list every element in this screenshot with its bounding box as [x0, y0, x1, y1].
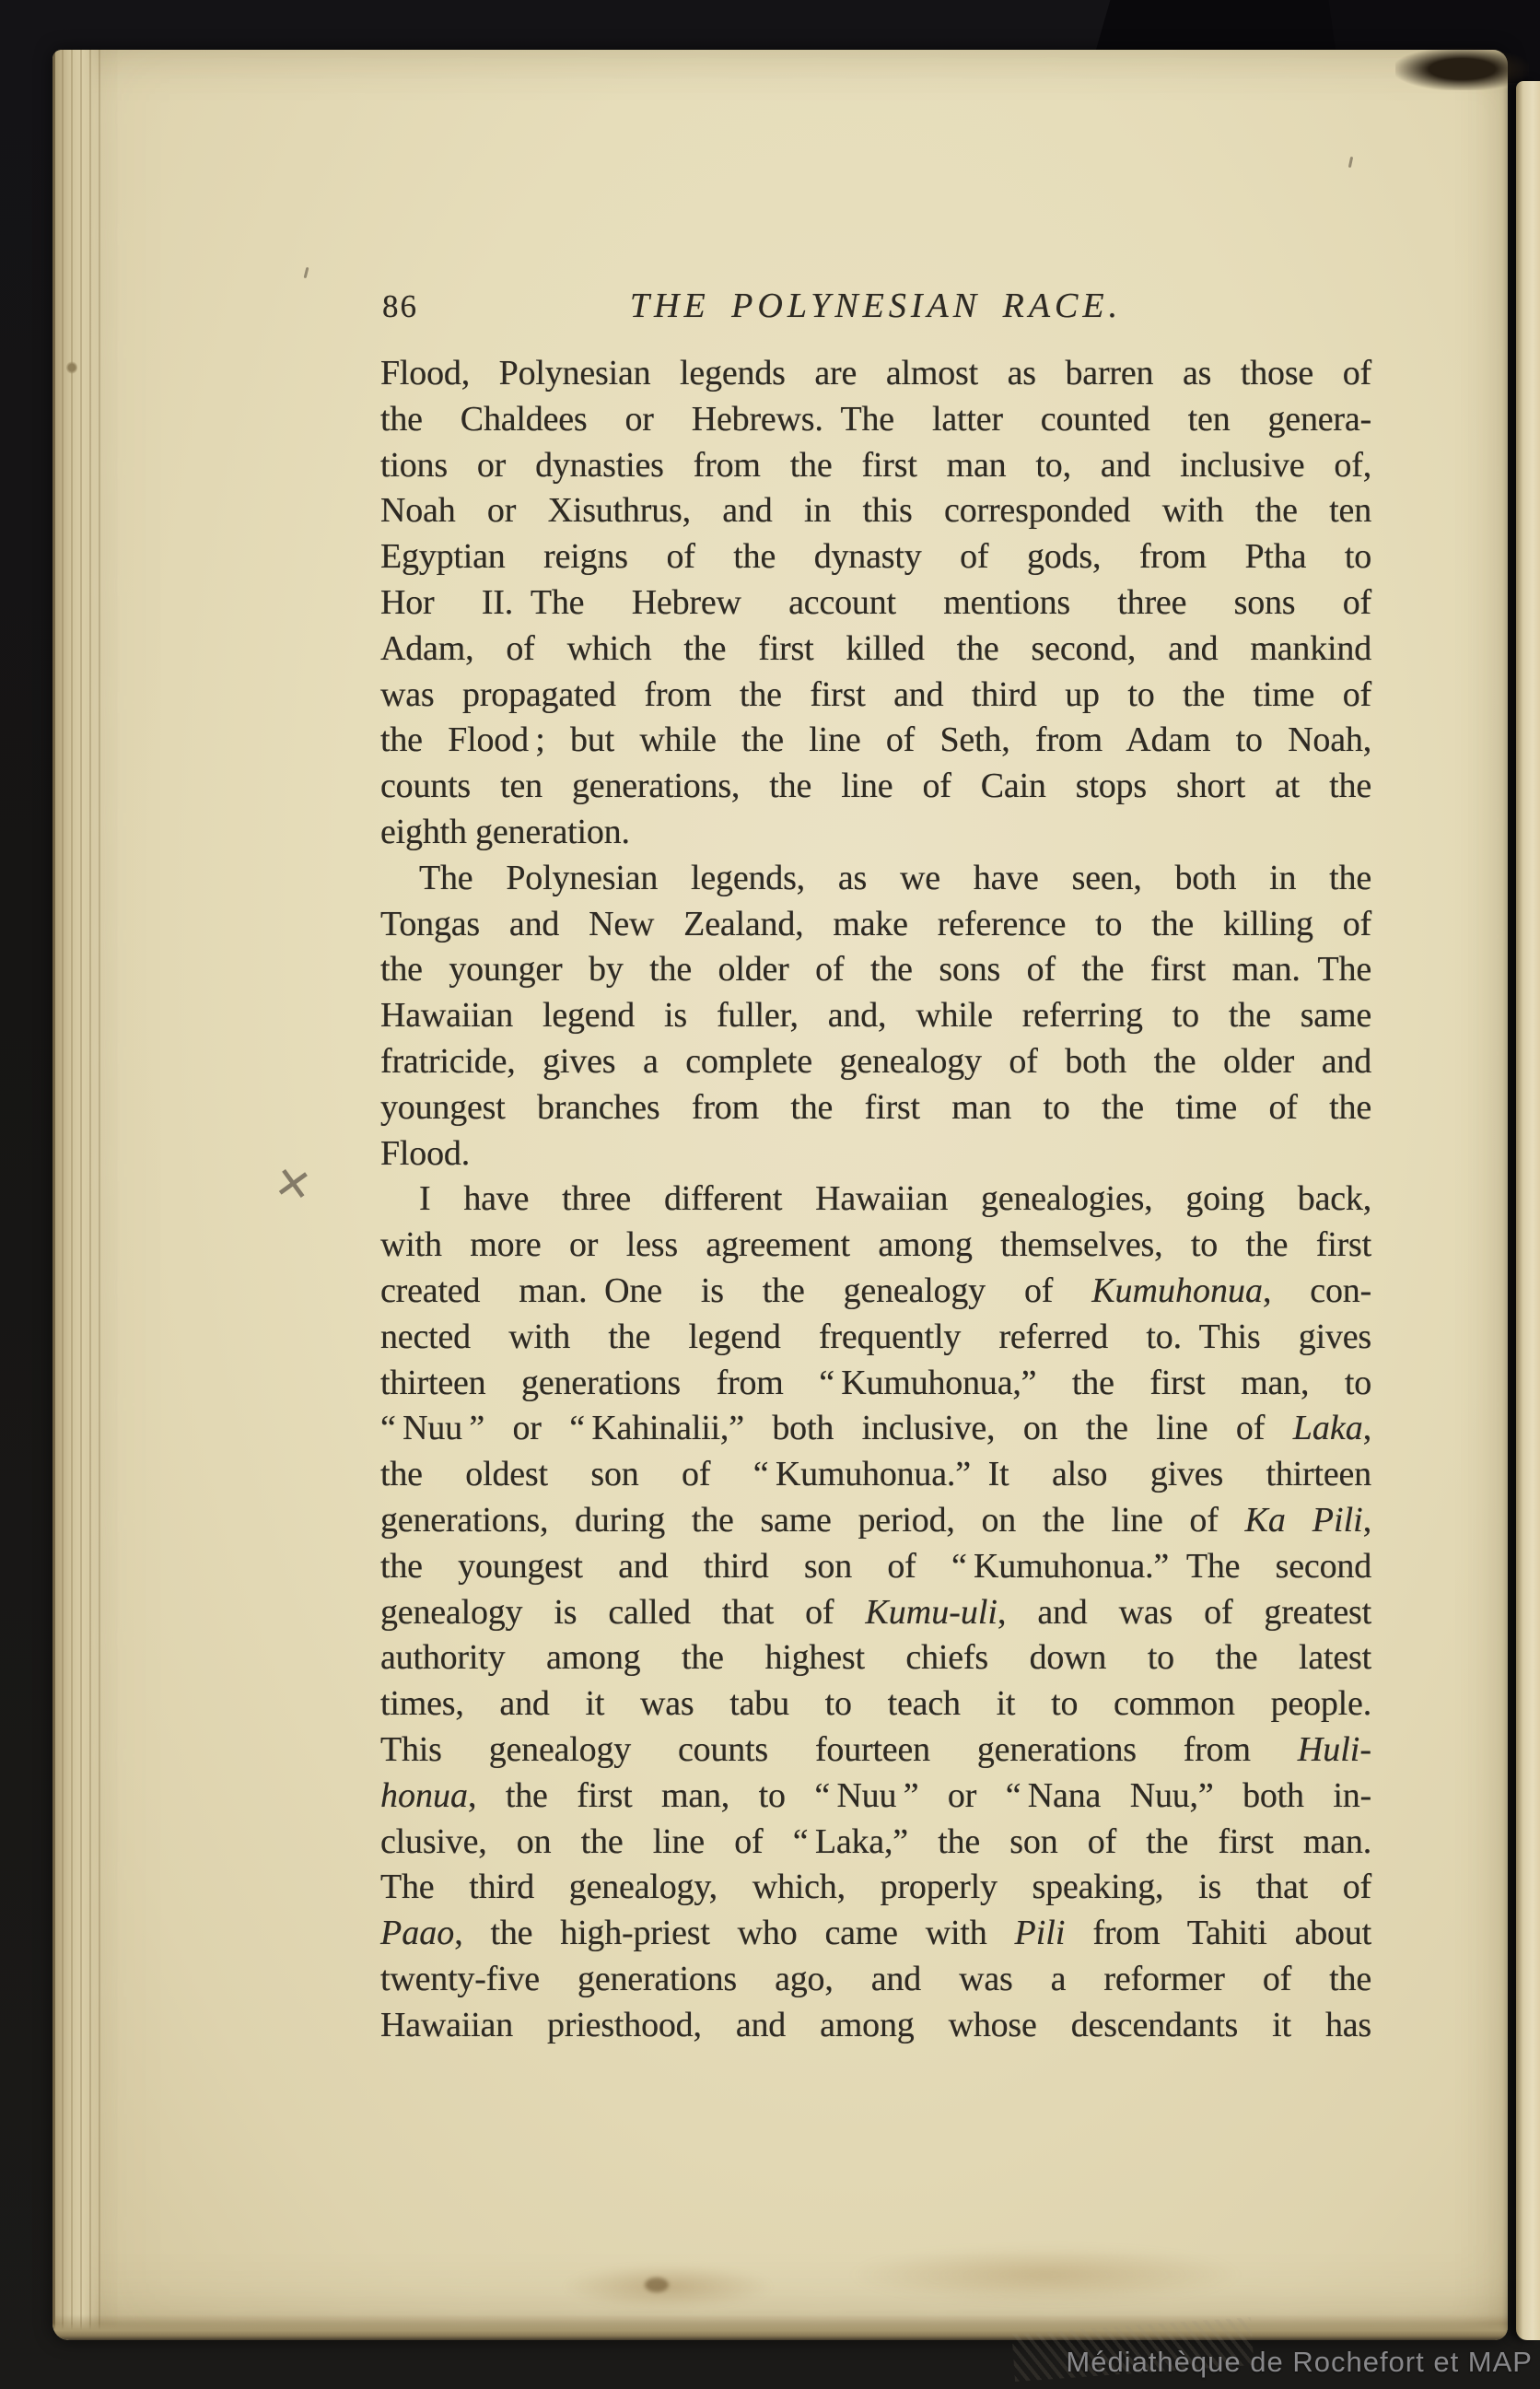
running-title: THE POLYNESIAN RACE.: [380, 287, 1371, 324]
text-line: nected with the legend frequently referr…: [380, 1315, 1371, 1361]
text-line: the younger by the older of the sons of …: [380, 947, 1371, 993]
text-line: counts ten generations, the line of Cain…: [380, 764, 1371, 810]
text-line: the Flood ; but while the line of Seth, …: [380, 718, 1371, 764]
text-line: Flood.: [380, 1131, 1371, 1177]
paper-spot: [66, 361, 77, 374]
text-line: Hawaiian legend is fuller, and, while re…: [380, 993, 1371, 1039]
text-line: The Polynesian legends, as we have seen,…: [380, 856, 1371, 902]
text-line: tions or dynasties from the first man to…: [380, 443, 1371, 489]
text-block: Flood, Polynesian legends are almost as …: [380, 351, 1371, 2048]
text-line: Hor II. The Hebrew account mentions thre…: [380, 580, 1371, 627]
text-line: This genealogy counts fourteen generatio…: [380, 1727, 1371, 1774]
text-line: thirteen generations from “ Kumuhonua,” …: [380, 1361, 1371, 1407]
paper-stain: [645, 2278, 669, 2292]
text-line: the Chaldees or Hebrews. The latter coun…: [380, 397, 1371, 443]
text-line: eighth generation.: [380, 810, 1371, 856]
text-line: Hawaiian priesthood, and among whose des…: [380, 2003, 1371, 2049]
top-right-shadow: [1395, 48, 1529, 90]
pencil-x-mark: ✕: [271, 1160, 314, 1210]
text-line: with more or less agreement among themse…: [380, 1223, 1371, 1269]
next-page-edge: [1516, 81, 1540, 2340]
text-line: I have three different Hawaiian genealog…: [380, 1177, 1371, 1223]
text-line: genealogy is called that of Kumu-uli, an…: [380, 1590, 1371, 1636]
text-line: was propagated from the first and third …: [380, 673, 1371, 719]
text-line: “ Nuu ” or “ Kahinalii,” both inclusive,…: [380, 1406, 1371, 1452]
text-line: the youngest and third son of “ Kumuhonu…: [380, 1544, 1371, 1590]
text-line: clusive, on the line of “ Laka,” the son…: [380, 1820, 1371, 1866]
text-line: times, and it was tabu to teach it to co…: [380, 1681, 1371, 1727]
text-line: authority among the highest chiefs down …: [380, 1635, 1371, 1681]
text-line: twenty-five generations ago, and was a r…: [380, 1957, 1371, 2003]
library-watermark: Médiathèque de Rochefort et MAP: [1066, 2346, 1533, 2379]
text-line: Adam, of which the first killed the seco…: [380, 627, 1371, 673]
text-line: fratricide, gives a complete genealogy o…: [380, 1039, 1371, 1085]
text-line: generations, during the same period, on …: [380, 1498, 1371, 1544]
text-line: the oldest son of “ Kumuhonua.” It also …: [380, 1452, 1371, 1498]
text-line: Flood, Polynesian legends are almost as …: [380, 351, 1371, 397]
text-line: Egyptian reigns of the dynasty of gods, …: [380, 534, 1371, 580]
text-line: The third genealogy, which, properly spe…: [380, 1865, 1371, 1911]
text-line: Paao, the high-priest who came with Pili…: [380, 1911, 1371, 1957]
book-cover-edge: [1095, 0, 1364, 53]
binding-page-edges: [52, 50, 102, 2340]
text-line: youngest branches from the first man to …: [380, 1085, 1371, 1131]
text-line: Tongas and New Zealand, make reference t…: [380, 902, 1371, 948]
text-line: Noah or Xisuthrus, and in this correspon…: [380, 488, 1371, 534]
paper-stain: [847, 2246, 1243, 2303]
text-line: honua, the first man, to “ Nuu ” or “ Na…: [380, 1774, 1371, 1820]
text-line: created man. One is the genealogy of Kum…: [380, 1269, 1371, 1315]
bottom-page-edges: [52, 2314, 1508, 2340]
